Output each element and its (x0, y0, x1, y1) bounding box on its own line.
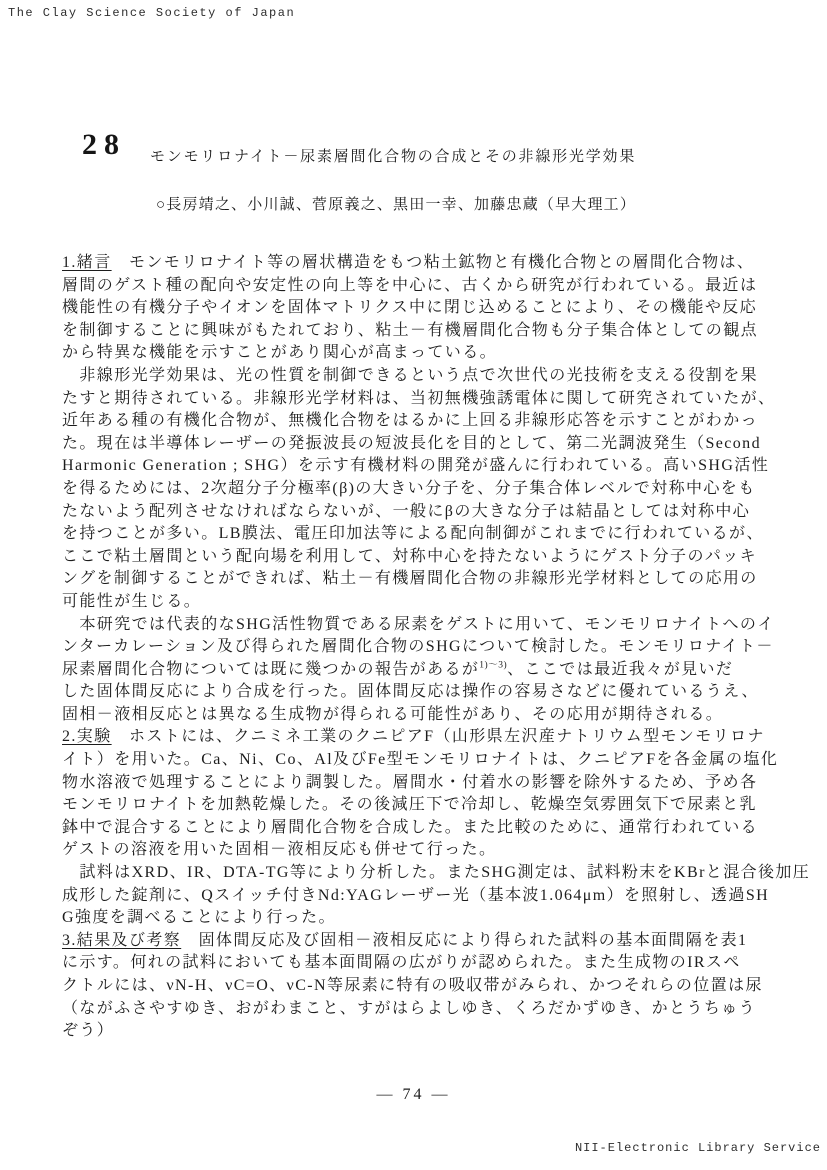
body-line: 3.結果及び考察 固体間反応及び固相－液相反応により得られた試料の基本面間隔を表… (62, 930, 774, 953)
body-text: ぞう） (62, 1022, 114, 1039)
body-text: 固体間反応及び固相－液相反応により得られた試料の基本面間隔を表1 (181, 932, 747, 949)
body-line: した固体間反応により合成を行った。固体間反応は操作の容易さなどに優れているうえ、 (62, 681, 774, 704)
body-text: 固相－液相反応とは異なる生成物が得られる可能性があり、その応用が期待される。 (62, 706, 723, 723)
body-text: た。現在は半導体レーザーの発振波長の短波長化を目的として、第二光調波発生（Sec… (62, 435, 761, 452)
body-line: 固相－液相反応とは異なる生成物が得られる可能性があり、その応用が期待される。 (62, 704, 774, 727)
body-text: ホストには、クニミネ工業のクニピアF（山形県左沢産ナトリウム型モンモリロナ (112, 728, 765, 745)
section-heading: 3.結果及び考察 (62, 932, 181, 949)
body-line: 物水溶液で処理することにより調製した。層間水・付着水の影響を除外するため、予め各 (62, 772, 774, 795)
reference-superscript: 1)～3) (479, 660, 507, 670)
body-text: に示す。何れの試料においても基本面間隔の広がりが認められた。また生成物のIRスペ (62, 954, 741, 971)
body-line: 尿素層間化合物については既に幾つかの報告があるが1)～3)、ここでは最近我々が見… (62, 659, 774, 682)
body-text: 尿素層間化合物については既に幾つかの報告があるが (62, 661, 479, 678)
body-line: 本研究では代表的なSHG活性物質である尿素をゲストに用いて、モンモリロナイトへの… (62, 614, 774, 637)
body-text: ンターカレーション及び得られた層間化合物のSHGについて検討した。モンモリロナイ… (62, 638, 774, 655)
body-line: を制御することに興味がもたれており、粘土－有機層間化合物も分子集合体としての観点 (62, 320, 774, 343)
body-line: ここで粘土層間という配向場を利用して、対称中心を持たないようにゲスト分子のパッキ (62, 546, 774, 569)
body-line: ゲストの溶液を用いた固相－液相反応も併せて行った。 (62, 839, 774, 862)
section-heading: 2.実験 (62, 728, 112, 745)
body-text: を得るためには、2次超分子分極率(β)の大きい分子を、分子集合体レベルで対称中心… (62, 480, 756, 497)
body-line: 可能性が生じる。 (62, 591, 774, 614)
society-header-label: The Clay Science Society of Japan (8, 6, 295, 20)
body-text: した固体間反応により合成を行った。固体間反応は操作の容易さなどに優れているうえ、 (62, 683, 759, 700)
body-text: 本研究では代表的なSHG活性物質である尿素をゲストに用いて、モンモリロナイトへの… (62, 616, 775, 633)
body-text: 層間のゲスト種の配向や安定性の向上等を中心に、古くから研究が行われている。最近は (62, 277, 757, 294)
abstract-body: 1.緒言 モンモリロナイト等の層状構造をもつ粘土鉱物と有機化合物との層間化合物は… (62, 252, 774, 1043)
body-text: 非線形光学効果は、光の性質を制御できるという点で次世代の光技術を支える役割を果 (62, 367, 758, 384)
body-text: 試料はXRD、IR、DTA-TG等により分析した。またSHG測定は、試料粉末をK… (62, 864, 810, 881)
body-line: 試料はXRD、IR、DTA-TG等により分析した。またSHG測定は、試料粉末をK… (62, 862, 774, 885)
body-line: クトルには、νN-H、νC=O、νC-N等尿素に特有の吸収帯がみられ、かつそれら… (62, 975, 774, 998)
body-line: ンターカレーション及び得られた層間化合物のSHGについて検討した。モンモリロナイ… (62, 636, 774, 659)
body-line: ぞう） (62, 1020, 774, 1043)
body-text: ここで粘土層間という配向場を利用して、対称中心を持たないようにゲスト分子のパッキ (62, 548, 757, 565)
body-text: 物水溶液で処理することにより調製した。層間水・付着水の影響を除外するため、予め各 (62, 774, 757, 791)
body-line: 近年ある種の有機化合物が、無機化合物をはるかに上回る非線形応答を示すことがわかっ (62, 410, 774, 433)
body-text: 鉢中で混合することにより層間化合物を合成した。また比較のために、通常行われている (62, 819, 758, 836)
scanned-paper-page: The Clay Science Society of Japan 28 モンモ… (0, 0, 827, 1170)
body-line: Harmonic Generation ; SHG）を示す有機材料の開発が盛んに… (62, 455, 774, 478)
paper-title: モンモリロナイト－尿素層間化合物の合成とその非線形光学効果 (150, 145, 636, 166)
body-line: を得るためには、2次超分子分極率(β)の大きい分子を、分子集合体レベルで対称中心… (62, 478, 774, 501)
body-text: （ながふさやすゆき、おがわまこと、すがはらよしゆき、くろだかずゆき、かとうちゅう (62, 1000, 756, 1017)
body-text: イト）を用いた。Ca、Ni、Co、Al及びFe型モンモリロナイトは、クニピアFを… (62, 751, 778, 768)
body-text: たすと期待されている。非線形光学材料は、当初無機強誘電体に関して研究されていたが… (62, 390, 775, 407)
body-text: ングを制御することができれば、粘土－有機層間化合物の非線形光学材料としての応用の (62, 570, 758, 587)
body-text: 、ここでは最近我々が見いだ (507, 661, 733, 678)
body-line: モンモリロナイトを加熱乾燥した。その後減圧下で冷却し、乾燥空気雰囲気下で尿素と乳 (62, 794, 774, 817)
body-line: を持つことが多い。LB膜法、電圧印加法等による配向制御がこれまでに行われているが… (62, 523, 774, 546)
body-text: 近年ある種の有機化合物が、無機化合物をはるかに上回る非線形応答を示すことがわかっ (62, 412, 758, 429)
body-text: たないよう配列させなければならないが、一般にβの大きな分子は結晶としては対称中心 (62, 503, 750, 520)
body-line: 層間のゲスト種の配向や安定性の向上等を中心に、古くから研究が行われている。最近は (62, 275, 774, 298)
body-text: から特異な機能を示すことがあり関心が高まっている。 (62, 344, 497, 361)
body-line: 1.緒言 モンモリロナイト等の層状構造をもつ粘土鉱物と有機化合物との層間化合物は… (62, 252, 774, 275)
body-line: たないよう配列させなければならないが、一般にβの大きな分子は結晶としては対称中心 (62, 501, 774, 524)
body-line: た。現在は半導体レーザーの発振波長の短波長化を目的として、第二光調波発生（Sec… (62, 433, 774, 456)
body-line: イト）を用いた。Ca、Ni、Co、Al及びFe型モンモリロナイトは、クニピアFを… (62, 749, 774, 772)
body-text: クトルには、νN-H、νC=O、νC-N等尿素に特有の吸収帯がみられ、かつそれら… (62, 977, 763, 994)
body-text: G強度を調べることにより行った。 (62, 909, 336, 926)
body-text: Harmonic Generation ; SHG）を示す有機材料の開発が盛んに… (62, 457, 769, 474)
paper-authors: ○長房靖之、小川誠、菅原義之、黒田一幸、加藤忠蔵（早大理工） (156, 193, 636, 214)
page-number: — 74 — (0, 1086, 827, 1104)
body-text: 機能性の有機分子やイオンを固体マトリクス中に閉じ込めることにより、その機能や反応 (62, 299, 757, 316)
body-line: 非線形光学効果は、光の性質を制御できるという点で次世代の光技術を支える役割を果 (62, 365, 774, 388)
section-heading: 1.緒言 (62, 254, 112, 271)
body-line: 成形した錠剤に、Qスイッチ付きNd:YAGレーザー光（基本波1.064μm）を照… (62, 885, 774, 908)
body-text: 可能性が生じる。 (62, 593, 201, 610)
body-line: 機能性の有機分子やイオンを固体マトリクス中に閉じ込めることにより、その機能や反応 (62, 297, 774, 320)
nii-library-service-label: NII-Electronic Library Service (575, 1141, 821, 1155)
body-line: に示す。何れの試料においても基本面間隔の広がりが認められた。また生成物のIRスペ (62, 952, 774, 975)
body-line: 鉢中で混合することにより層間化合物を合成した。また比較のために、通常行われている (62, 817, 774, 840)
body-line: たすと期待されている。非線形光学材料は、当初無機強誘電体に関して研究されていたが… (62, 388, 774, 411)
body-text: 成形した錠剤に、Qスイッチ付きNd:YAGレーザー光（基本波1.064μm）を照… (62, 887, 769, 904)
body-line: 2.実験 ホストには、クニミネ工業のクニピアF（山形県左沢産ナトリウム型モンモリ… (62, 726, 774, 749)
body-text: を制御することに興味がもたれており、粘土－有機層間化合物も分子集合体としての観点 (62, 322, 758, 339)
body-text: ゲストの溶液を用いた固相－液相反応も併せて行った。 (62, 841, 496, 858)
paper-number: 28 (82, 128, 126, 162)
body-text: を持つことが多い。LB膜法、電圧印加法等による配向制御がこれまでに行われているが… (62, 525, 764, 542)
body-line: ングを制御することができれば、粘土－有機層間化合物の非線形光学材料としての応用の (62, 568, 774, 591)
body-text: モンモリロナイト等の層状構造をもつ粘土鉱物と有機化合物との層間化合物は、 (112, 254, 755, 271)
body-line: から特異な機能を示すことがあり関心が高まっている。 (62, 342, 774, 365)
body-line: （ながふさやすゆき、おがわまこと、すがはらよしゆき、くろだかずゆき、かとうちゅう (62, 998, 774, 1021)
body-line: G強度を調べることにより行った。 (62, 907, 774, 930)
body-text: モンモリロナイトを加熱乾燥した。その後減圧下で冷却し、乾燥空気雰囲気下で尿素と乳 (62, 796, 757, 813)
